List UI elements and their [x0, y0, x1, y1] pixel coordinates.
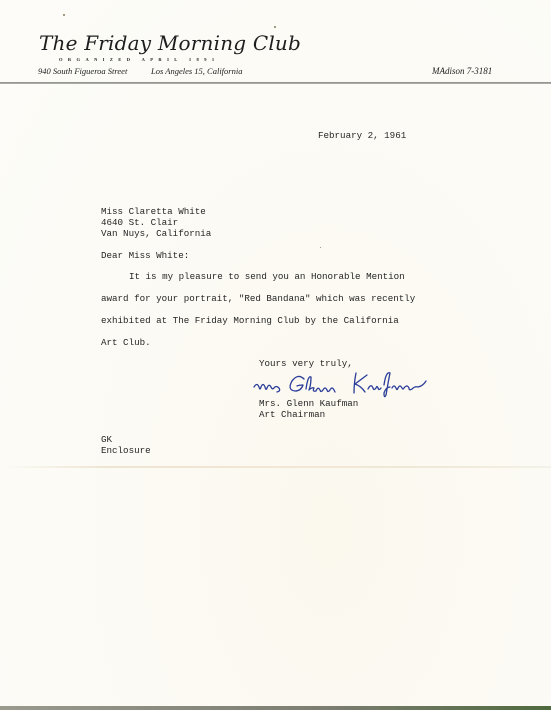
body-line: It is my pleasure to send you an Honorab…: [129, 271, 405, 282]
reference-initials: GK: [101, 434, 112, 445]
closing: Yours very truly,: [259, 358, 353, 369]
letter-date: February 2, 1961: [318, 130, 406, 141]
recipient-street: 4640 St. Clair: [101, 217, 178, 228]
handwritten-signature: [252, 369, 432, 399]
recipient-city: Van Nuys, California: [101, 228, 211, 239]
paper-fold-line: [0, 466, 551, 468]
phone-number: MAdison 7-3181: [432, 66, 492, 76]
enclosure-note: Enclosure: [101, 445, 151, 456]
city-state: Los Angeles 15, California: [151, 66, 242, 76]
body-line: Art Club.: [101, 337, 151, 348]
paper-speck: [274, 26, 276, 28]
signer-name: Mrs. Glenn Kaufman: [259, 398, 358, 409]
letter-paper: [0, 0, 551, 706]
paper-speck: [320, 247, 321, 248]
scan-bottom-edge: [0, 706, 551, 710]
organization-name: The Friday Morning Club: [39, 31, 301, 55]
body-line: exhibited at The Friday Morning Club by …: [101, 315, 399, 326]
salutation: Dear Miss White:: [101, 250, 189, 261]
paper-speck: [63, 14, 65, 16]
street-address: 940 South Figueroa Street: [38, 66, 127, 76]
body-line: award for your portrait, "Red Bandana" w…: [101, 293, 415, 304]
signer-title: Art Chairman: [259, 409, 325, 420]
organized-date: ORGANIZED APRIL 1891: [59, 57, 220, 62]
letterhead-rule: [0, 82, 551, 84]
recipient-name: Miss Claretta White: [101, 206, 206, 217]
